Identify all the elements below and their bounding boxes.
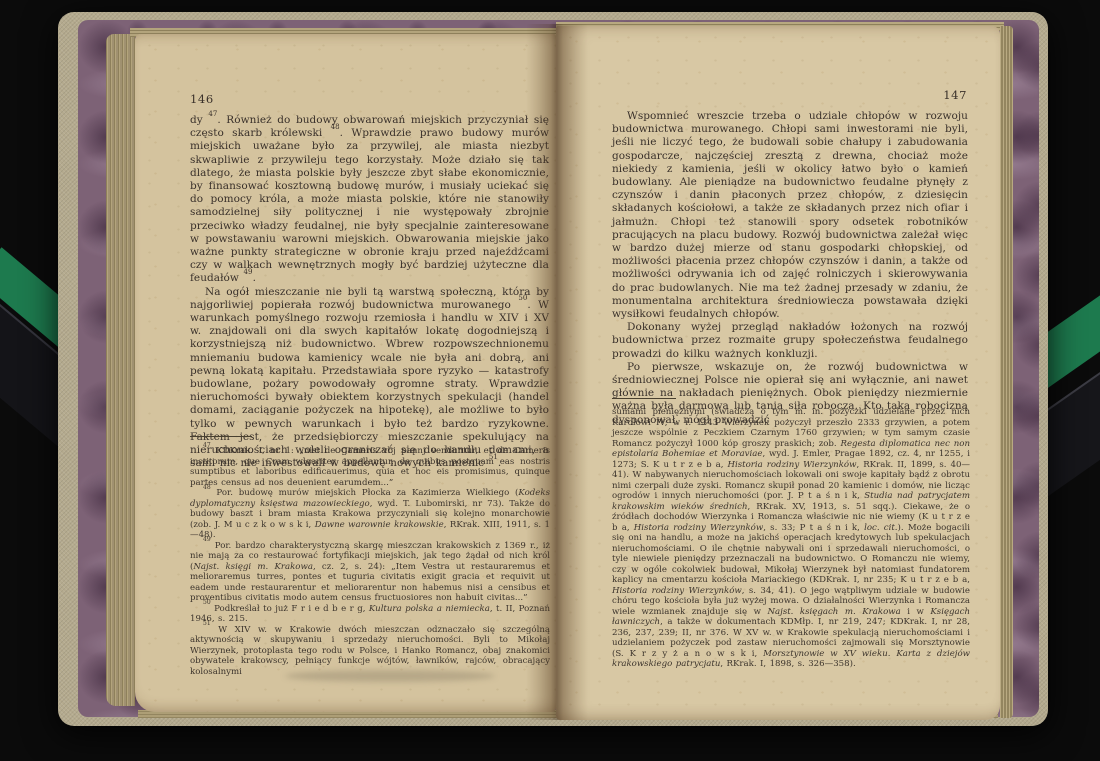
footnote: 47 KDKrak. I, nr 1: „nisi de Cameris vbj… (190, 446, 550, 488)
footnote: sumami pieniężnymi (świadczą o tym m. in… (612, 407, 970, 670)
left-page: 146 dy 47. Również do budowy obwarowań m… (135, 34, 556, 712)
footnote: 48 Por. budowę murów miejskich Płocka za… (190, 488, 550, 541)
right-page: 147 Wspomnieć wreszcie trzeba o udziale … (556, 26, 1000, 720)
paragraph: Na ogół mieszczanie nie byli tą warstwą … (190, 286, 549, 471)
photo-background: 146 dy 47. Również do budowy obwarowań m… (0, 0, 1100, 761)
left-page-body: dy 47. Również do budowy obwarowań miejs… (190, 114, 549, 470)
show-through-smudge (285, 670, 495, 682)
paragraph: Dokonany wyżej przegląd nakładów łożonyc… (612, 321, 968, 361)
open-book: 146 dy 47. Również do budowy obwarowań m… (58, 12, 1048, 726)
footnote-separator (190, 436, 252, 437)
footnote: 50 Podkreślał to już F r i e d b e r g, … (190, 604, 550, 625)
paragraph: dy 47. Również do budowy obwarowań miejs… (190, 114, 549, 286)
footnote-separator (612, 398, 676, 399)
page-number-left: 146 (190, 92, 214, 106)
paragraph: Wspomnieć wreszcie trzeba o udziale chło… (612, 110, 968, 321)
page-edges-right (1000, 26, 1013, 718)
right-page-body: Wspomnieć wreszcie trzeba o udziale chło… (612, 110, 968, 427)
right-page-footnotes: sumami pieniężnymi (świadczą o tym m. in… (612, 407, 970, 670)
left-page-footnotes: 47 KDKrak. I, nr 1: „nisi de Cameris vbj… (190, 446, 550, 677)
page-edges-left (106, 34, 135, 706)
page-number-right: 147 (943, 88, 967, 102)
footnote: 49 Por. bardzo charakterystyczną skargę … (190, 541, 550, 604)
